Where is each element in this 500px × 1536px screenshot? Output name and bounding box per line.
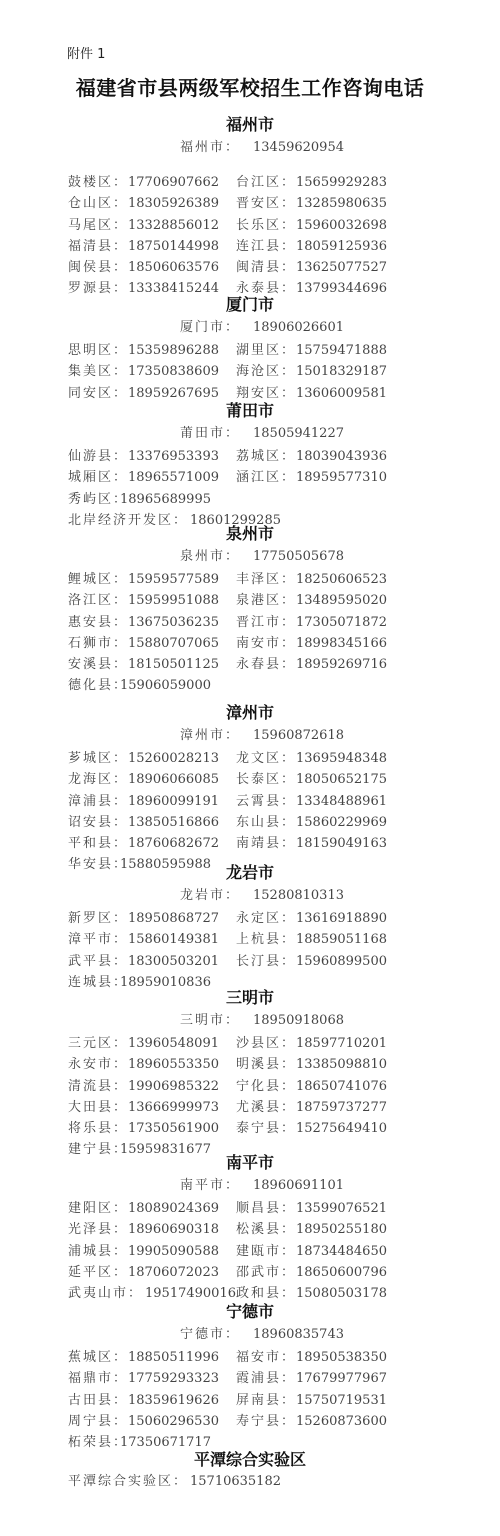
district-phone: 15959577589 bbox=[128, 569, 219, 590]
spacer bbox=[0, 160, 500, 172]
district-label: 涵江区： bbox=[236, 467, 296, 488]
city-phone: 15280810313 bbox=[253, 884, 344, 908]
contact-row: 漳浦县：18960099191云霄县：13348488961 bbox=[0, 791, 500, 812]
district-phone: 18950868727 bbox=[128, 908, 219, 929]
district-label: 三元区： bbox=[68, 1033, 128, 1054]
district-label: 新罗区： bbox=[68, 908, 128, 929]
district-phone: 18305926389 bbox=[128, 193, 219, 214]
page-title: 福建省市县两级军校招生工作咨询电话 bbox=[0, 72, 500, 101]
contact-row: 永安市：18960553350明溪县：13385098810 bbox=[0, 1054, 500, 1075]
district-label: 建阳区： bbox=[68, 1198, 128, 1219]
district-label: 永春县： bbox=[236, 654, 296, 675]
contact-row: 浦城县：19905090588建瓯市：18734484650 bbox=[0, 1241, 500, 1262]
region-heading: 三明市 bbox=[0, 987, 500, 1009]
district-phone: 17759293323 bbox=[128, 1368, 219, 1389]
district-phone: 18650600796 bbox=[296, 1262, 387, 1283]
district-label: 福鼎市： bbox=[68, 1368, 128, 1389]
contact-row: 清流县：19906985322宁化县：18650741076 bbox=[0, 1076, 500, 1097]
district-phone: 13695948348 bbox=[296, 748, 387, 769]
district-label: 芗城区： bbox=[68, 748, 128, 769]
city-phone: 13459620954 bbox=[253, 136, 344, 160]
district-label: 延平区： bbox=[68, 1262, 128, 1283]
city-label: 南平市： bbox=[180, 1174, 240, 1198]
district-phone: 15750719531 bbox=[296, 1390, 387, 1411]
contact-row: 漳平市：15860149381上杭县：18859051168 bbox=[0, 929, 500, 950]
district-phone: 18750144998 bbox=[128, 236, 219, 257]
district-phone: 15960032698 bbox=[296, 215, 387, 236]
district-label: 晋江市： bbox=[236, 612, 296, 633]
district-phone: 18706072023 bbox=[128, 1262, 219, 1283]
region-section: 龙岩市龙岩市：15280810313新罗区：18950868727永定区：136… bbox=[0, 862, 500, 993]
district-phone: 15759471888 bbox=[296, 340, 387, 361]
district-phone: 18965689995 bbox=[120, 489, 211, 510]
district-phone: 18059125936 bbox=[296, 236, 387, 257]
district-phone: 18950538350 bbox=[296, 1347, 387, 1368]
city-label: 龙岩市： bbox=[180, 884, 240, 908]
district-label: 台江区： bbox=[236, 172, 296, 193]
district-label: 石狮市： bbox=[68, 633, 128, 654]
region-section: 厦门市厦门市：18906026601思明区：15359896288湖里区：157… bbox=[0, 294, 500, 404]
district-phone: 18506063576 bbox=[128, 257, 219, 278]
district-label: 惠安县： bbox=[68, 612, 128, 633]
district-label: 诏安县： bbox=[68, 812, 128, 833]
district-phone: 18250606523 bbox=[296, 569, 387, 590]
district-phone: 18359619626 bbox=[128, 1390, 219, 1411]
city-contact: 厦门市：18906026601 bbox=[0, 316, 500, 340]
district-label: 霞浦县： bbox=[236, 1368, 296, 1389]
district-phone: 18950255180 bbox=[296, 1219, 387, 1240]
district-label: 海沧区： bbox=[236, 361, 296, 382]
contact-row: 龙海区：18906066085长泰区：18050652175 bbox=[0, 769, 500, 790]
contact-row: 集美区：17350838609海沧区：15018329187 bbox=[0, 361, 500, 382]
district-phone: 18960099191 bbox=[128, 791, 219, 812]
district-phone: 13285980635 bbox=[296, 193, 387, 214]
district-label: 尤溪县： bbox=[236, 1097, 296, 1118]
contact-row: 仙游县：13376953393荔城区：18039043936 bbox=[0, 446, 500, 467]
district-label: 马尾区： bbox=[68, 215, 128, 236]
contact-row: 城厢区：18965571009涵江区：18959577310 bbox=[0, 467, 500, 488]
contact-row: 建阳区：18089024369顺昌县：13599076521 bbox=[0, 1198, 500, 1219]
district-label: 闽侯县： bbox=[68, 257, 128, 278]
district-phone: 18760682672 bbox=[128, 833, 219, 854]
region-heading: 福州市 bbox=[0, 114, 500, 136]
district-phone: 19906985322 bbox=[128, 1076, 219, 1097]
district-phone: 17706907662 bbox=[128, 172, 219, 193]
district-label: 长汀县： bbox=[236, 951, 296, 972]
district-label: 漳浦县： bbox=[68, 791, 128, 812]
district-label: 闽清县： bbox=[236, 257, 296, 278]
city-label: 福州市： bbox=[180, 136, 240, 160]
district-label: 福清县： bbox=[68, 236, 128, 257]
district-label: 云霄县： bbox=[236, 791, 296, 812]
district-phone: 15060296530 bbox=[128, 1411, 219, 1432]
contact-row: 平和县：18760682672南靖县：18159049163 bbox=[0, 833, 500, 854]
district-phone: 13385098810 bbox=[296, 1054, 387, 1075]
region-section: 三明市三明市：18950918068三元区：13960548091沙县区：185… bbox=[0, 987, 500, 1161]
region-section: 漳州市漳州市：15960872618芗城区：15260028213龙文区：136… bbox=[0, 702, 500, 876]
city-contact: 莆田市：18505941227 bbox=[0, 422, 500, 446]
district-phone: 13328856012 bbox=[128, 215, 219, 236]
district-phone: 17679977967 bbox=[296, 1368, 387, 1389]
region-heading: 平潭综合实验区 bbox=[0, 1449, 500, 1471]
contact-row: 仓山区：18305926389晋安区：13285980635 bbox=[0, 193, 500, 214]
district-label: 丰泽区： bbox=[236, 569, 296, 590]
district-label: 漳平市： bbox=[68, 929, 128, 950]
contact-row: 大田县：13666999973尤溪县：18759737277 bbox=[0, 1097, 500, 1118]
district-label: 明溪县： bbox=[236, 1054, 296, 1075]
contact-row: 德化县：15906059000 bbox=[0, 675, 500, 696]
city-label: 厦门市： bbox=[180, 316, 240, 340]
district-label: 上杭县： bbox=[236, 929, 296, 950]
region-section: 宁德市宁德市：18960835743蕉城区：18850511996福安市：189… bbox=[0, 1301, 500, 1453]
district-phone: 13348488961 bbox=[296, 791, 387, 812]
city-contact: 三明市：18950918068 bbox=[0, 1009, 500, 1033]
contact-row: 芗城区：15260028213龙文区：13695948348 bbox=[0, 748, 500, 769]
contact-row: 延平区：18706072023邵武市：18650600796 bbox=[0, 1262, 500, 1283]
district-label: 鼓楼区： bbox=[68, 172, 128, 193]
contact-row: 闽侯县：18506063576闽清县：13625077527 bbox=[0, 257, 500, 278]
district-phone: 17350561900 bbox=[128, 1118, 219, 1139]
annex-label: 附件 1 bbox=[67, 43, 105, 62]
region-heading: 厦门市 bbox=[0, 294, 500, 316]
contact-row: 三元区：13960548091沙县区：18597710201 bbox=[0, 1033, 500, 1054]
district-label: 松溪县： bbox=[236, 1219, 296, 1240]
district-label: 顺昌县： bbox=[236, 1198, 296, 1219]
contact-row: 鼓楼区：17706907662台江区：15659929283 bbox=[0, 172, 500, 193]
contact-row: 武平县：18300503201长汀县：15960899500 bbox=[0, 951, 500, 972]
district-label: 泰宁县： bbox=[236, 1118, 296, 1139]
region-section: 平潭综合实验区平潭综合实验区：15710635182 bbox=[0, 1449, 500, 1492]
contact-row: 思明区：15359896288湖里区：15759471888 bbox=[0, 340, 500, 361]
city-label: 莆田市： bbox=[180, 422, 240, 446]
contact-row: 福清县：18750144998连江县：18059125936 bbox=[0, 236, 500, 257]
contact-row: 平潭综合实验区：15710635182 bbox=[0, 1471, 500, 1492]
district-phone: 18597710201 bbox=[296, 1033, 387, 1054]
district-phone: 18965571009 bbox=[128, 467, 219, 488]
contact-row: 将乐县：17350561900泰宁县：15275649410 bbox=[0, 1118, 500, 1139]
region-section: 福州市福州市：13459620954鼓楼区：17706907662台江区：156… bbox=[0, 114, 500, 300]
district-phone: 18159049163 bbox=[296, 833, 387, 854]
district-label: 永定区： bbox=[236, 908, 296, 929]
district-phone: 13960548091 bbox=[128, 1033, 219, 1054]
city-contact: 南平市：18960691101 bbox=[0, 1174, 500, 1198]
district-label: 寿宁县： bbox=[236, 1411, 296, 1432]
district-label: 沙县区： bbox=[236, 1033, 296, 1054]
contact-row: 秀屿区：18965689995 bbox=[0, 489, 500, 510]
district-phone: 18959269716 bbox=[296, 654, 387, 675]
district-label: 仙游县： bbox=[68, 446, 128, 467]
district-phone: 17305071872 bbox=[296, 612, 387, 633]
district-phone: 15880707065 bbox=[128, 633, 219, 654]
city-phone: 15960872618 bbox=[253, 724, 344, 748]
contact-row: 蕉城区：18850511996福安市：18950538350 bbox=[0, 1347, 500, 1368]
district-label: 洛江区： bbox=[68, 590, 128, 611]
district-label: 长泰区： bbox=[236, 769, 296, 790]
district-label: 集美区： bbox=[68, 361, 128, 382]
district-phone: 13675036235 bbox=[128, 612, 219, 633]
district-phone: 15260028213 bbox=[128, 748, 219, 769]
contact-row: 鲤城区：15959577589丰泽区：18250606523 bbox=[0, 569, 500, 590]
region-heading: 泉州市 bbox=[0, 523, 500, 545]
city-contact: 宁德市：18960835743 bbox=[0, 1323, 500, 1347]
district-label: 周宁县： bbox=[68, 1411, 128, 1432]
district-phone: 13616918890 bbox=[296, 908, 387, 929]
district-phone: 18734484650 bbox=[296, 1241, 387, 1262]
district-label: 德化县： bbox=[68, 675, 128, 696]
district-phone: 13376953393 bbox=[128, 446, 219, 467]
district-phone: 18859051168 bbox=[296, 929, 387, 950]
district-label: 永安市： bbox=[68, 1054, 128, 1075]
contact-row: 石狮市：15880707065南安市：18998345166 bbox=[0, 633, 500, 654]
district-phone: 15018329187 bbox=[296, 361, 387, 382]
district-label: 蕉城区： bbox=[68, 1347, 128, 1368]
city-phone: 17750505678 bbox=[253, 545, 344, 569]
district-phone: 15860229969 bbox=[296, 812, 387, 833]
district-label: 光泽县： bbox=[68, 1219, 128, 1240]
district-phone: 18960690318 bbox=[128, 1219, 219, 1240]
city-phone: 18950918068 bbox=[253, 1009, 344, 1033]
district-phone: 15659929283 bbox=[296, 172, 387, 193]
district-phone: 18960553350 bbox=[128, 1054, 219, 1075]
district-phone: 15710635182 bbox=[190, 1471, 281, 1492]
city-label: 宁德市： bbox=[180, 1323, 240, 1347]
contact-row: 周宁县：15060296530寿宁县：15260873600 bbox=[0, 1411, 500, 1432]
contact-row: 光泽县：18960690318松溪县：18950255180 bbox=[0, 1219, 500, 1240]
district-phone: 15860149381 bbox=[128, 929, 219, 950]
district-phone: 18300503201 bbox=[128, 951, 219, 972]
district-label: 湖里区： bbox=[236, 340, 296, 361]
district-phone: 13489595020 bbox=[296, 590, 387, 611]
district-phone: 13599076521 bbox=[296, 1198, 387, 1219]
district-phone: 17350838609 bbox=[128, 361, 219, 382]
contact-row: 诏安县：13850516866东山县：15860229969 bbox=[0, 812, 500, 833]
district-label: 长乐区： bbox=[236, 215, 296, 236]
city-label: 泉州市： bbox=[180, 545, 240, 569]
district-label: 泉港区： bbox=[236, 590, 296, 611]
contact-row: 新罗区：18950868727永定区：13616918890 bbox=[0, 908, 500, 929]
district-label: 宁化县： bbox=[236, 1076, 296, 1097]
district-phone: 15959951088 bbox=[128, 590, 219, 611]
district-phone: 18650741076 bbox=[296, 1076, 387, 1097]
district-phone: 18759737277 bbox=[296, 1097, 387, 1118]
city-phone: 18960835743 bbox=[253, 1323, 344, 1347]
district-label: 秀屿区： bbox=[68, 489, 128, 510]
city-phone: 18906026601 bbox=[253, 316, 344, 340]
city-contact: 漳州市：15960872618 bbox=[0, 724, 500, 748]
region-heading: 宁德市 bbox=[0, 1301, 500, 1323]
city-contact: 龙岩市：15280810313 bbox=[0, 884, 500, 908]
district-label: 南安市： bbox=[236, 633, 296, 654]
district-phone: 18039043936 bbox=[296, 446, 387, 467]
district-phone: 18906066085 bbox=[128, 769, 219, 790]
district-label: 鲤城区： bbox=[68, 569, 128, 590]
city-contact: 泉州市：17750505678 bbox=[0, 545, 500, 569]
district-phone: 13850516866 bbox=[128, 812, 219, 833]
district-label: 武平县： bbox=[68, 951, 128, 972]
district-label: 浦城县： bbox=[68, 1241, 128, 1262]
district-label: 大田县： bbox=[68, 1097, 128, 1118]
district-phone: 13666999973 bbox=[128, 1097, 219, 1118]
city-phone: 18505941227 bbox=[253, 422, 344, 446]
district-phone: 18959577310 bbox=[296, 467, 387, 488]
contact-row: 洛江区：15959951088泉港区：13489595020 bbox=[0, 590, 500, 611]
district-phone: 15906059000 bbox=[120, 675, 211, 696]
district-phone: 13625077527 bbox=[296, 257, 387, 278]
district-phone: 18850511996 bbox=[128, 1347, 219, 1368]
city-contact: 福州市：13459620954 bbox=[0, 136, 500, 160]
district-label: 连江县： bbox=[236, 236, 296, 257]
contact-row: 惠安县：13675036235晋江市：17305071872 bbox=[0, 612, 500, 633]
region-section: 泉州市泉州市：17750505678鲤城区：15959577589丰泽区：182… bbox=[0, 523, 500, 697]
city-phone: 18960691101 bbox=[253, 1174, 344, 1198]
contact-row: 古田县：18359619626屏南县：15750719531 bbox=[0, 1390, 500, 1411]
district-phone: 18150501125 bbox=[128, 654, 219, 675]
district-phone: 15260873600 bbox=[296, 1411, 387, 1432]
district-phone: 18050652175 bbox=[296, 769, 387, 790]
district-label: 荔城区： bbox=[236, 446, 296, 467]
district-label: 古田县： bbox=[68, 1390, 128, 1411]
region-heading: 漳州市 bbox=[0, 702, 500, 724]
district-label: 平潭综合实验区： bbox=[68, 1471, 188, 1492]
district-label: 思明区： bbox=[68, 340, 128, 361]
district-phone: 15960899500 bbox=[296, 951, 387, 972]
district-label: 城厢区： bbox=[68, 467, 128, 488]
region-heading: 南平市 bbox=[0, 1152, 500, 1174]
district-label: 将乐县： bbox=[68, 1118, 128, 1139]
contact-row: 安溪县：18150501125永春县：18959269716 bbox=[0, 654, 500, 675]
contact-row: 福鼎市：17759293323霞浦县：17679977967 bbox=[0, 1368, 500, 1389]
district-label: 屏南县： bbox=[236, 1390, 296, 1411]
district-label: 建瓯市： bbox=[236, 1241, 296, 1262]
district-label: 平和县： bbox=[68, 833, 128, 854]
region-heading: 莆田市 bbox=[0, 400, 500, 422]
district-phone: 15359896288 bbox=[128, 340, 219, 361]
district-label: 安溪县： bbox=[68, 654, 128, 675]
district-label: 福安市： bbox=[236, 1347, 296, 1368]
district-phone: 18998345166 bbox=[296, 633, 387, 654]
district-label: 龙文区： bbox=[236, 748, 296, 769]
district-label: 南靖县： bbox=[236, 833, 296, 854]
region-section: 南平市南平市：18960691101建阳区：18089024369顺昌县：135… bbox=[0, 1152, 500, 1304]
district-phone: 18089024369 bbox=[128, 1198, 219, 1219]
district-label: 清流县： bbox=[68, 1076, 128, 1097]
district-phone: 15275649410 bbox=[296, 1118, 387, 1139]
district-phone: 19905090588 bbox=[128, 1241, 219, 1262]
district-label: 龙海区： bbox=[68, 769, 128, 790]
region-heading: 龙岩市 bbox=[0, 862, 500, 884]
district-label: 晋安区： bbox=[236, 193, 296, 214]
city-label: 漳州市： bbox=[180, 724, 240, 748]
district-label: 仓山区： bbox=[68, 193, 128, 214]
region-section: 莆田市莆田市：18505941227仙游县：13376953393荔城区：180… bbox=[0, 400, 500, 531]
district-label: 邵武市： bbox=[236, 1262, 296, 1283]
district-label: 东山县： bbox=[236, 812, 296, 833]
contact-row: 马尾区：13328856012长乐区：15960032698 bbox=[0, 215, 500, 236]
city-label: 三明市： bbox=[180, 1009, 240, 1033]
